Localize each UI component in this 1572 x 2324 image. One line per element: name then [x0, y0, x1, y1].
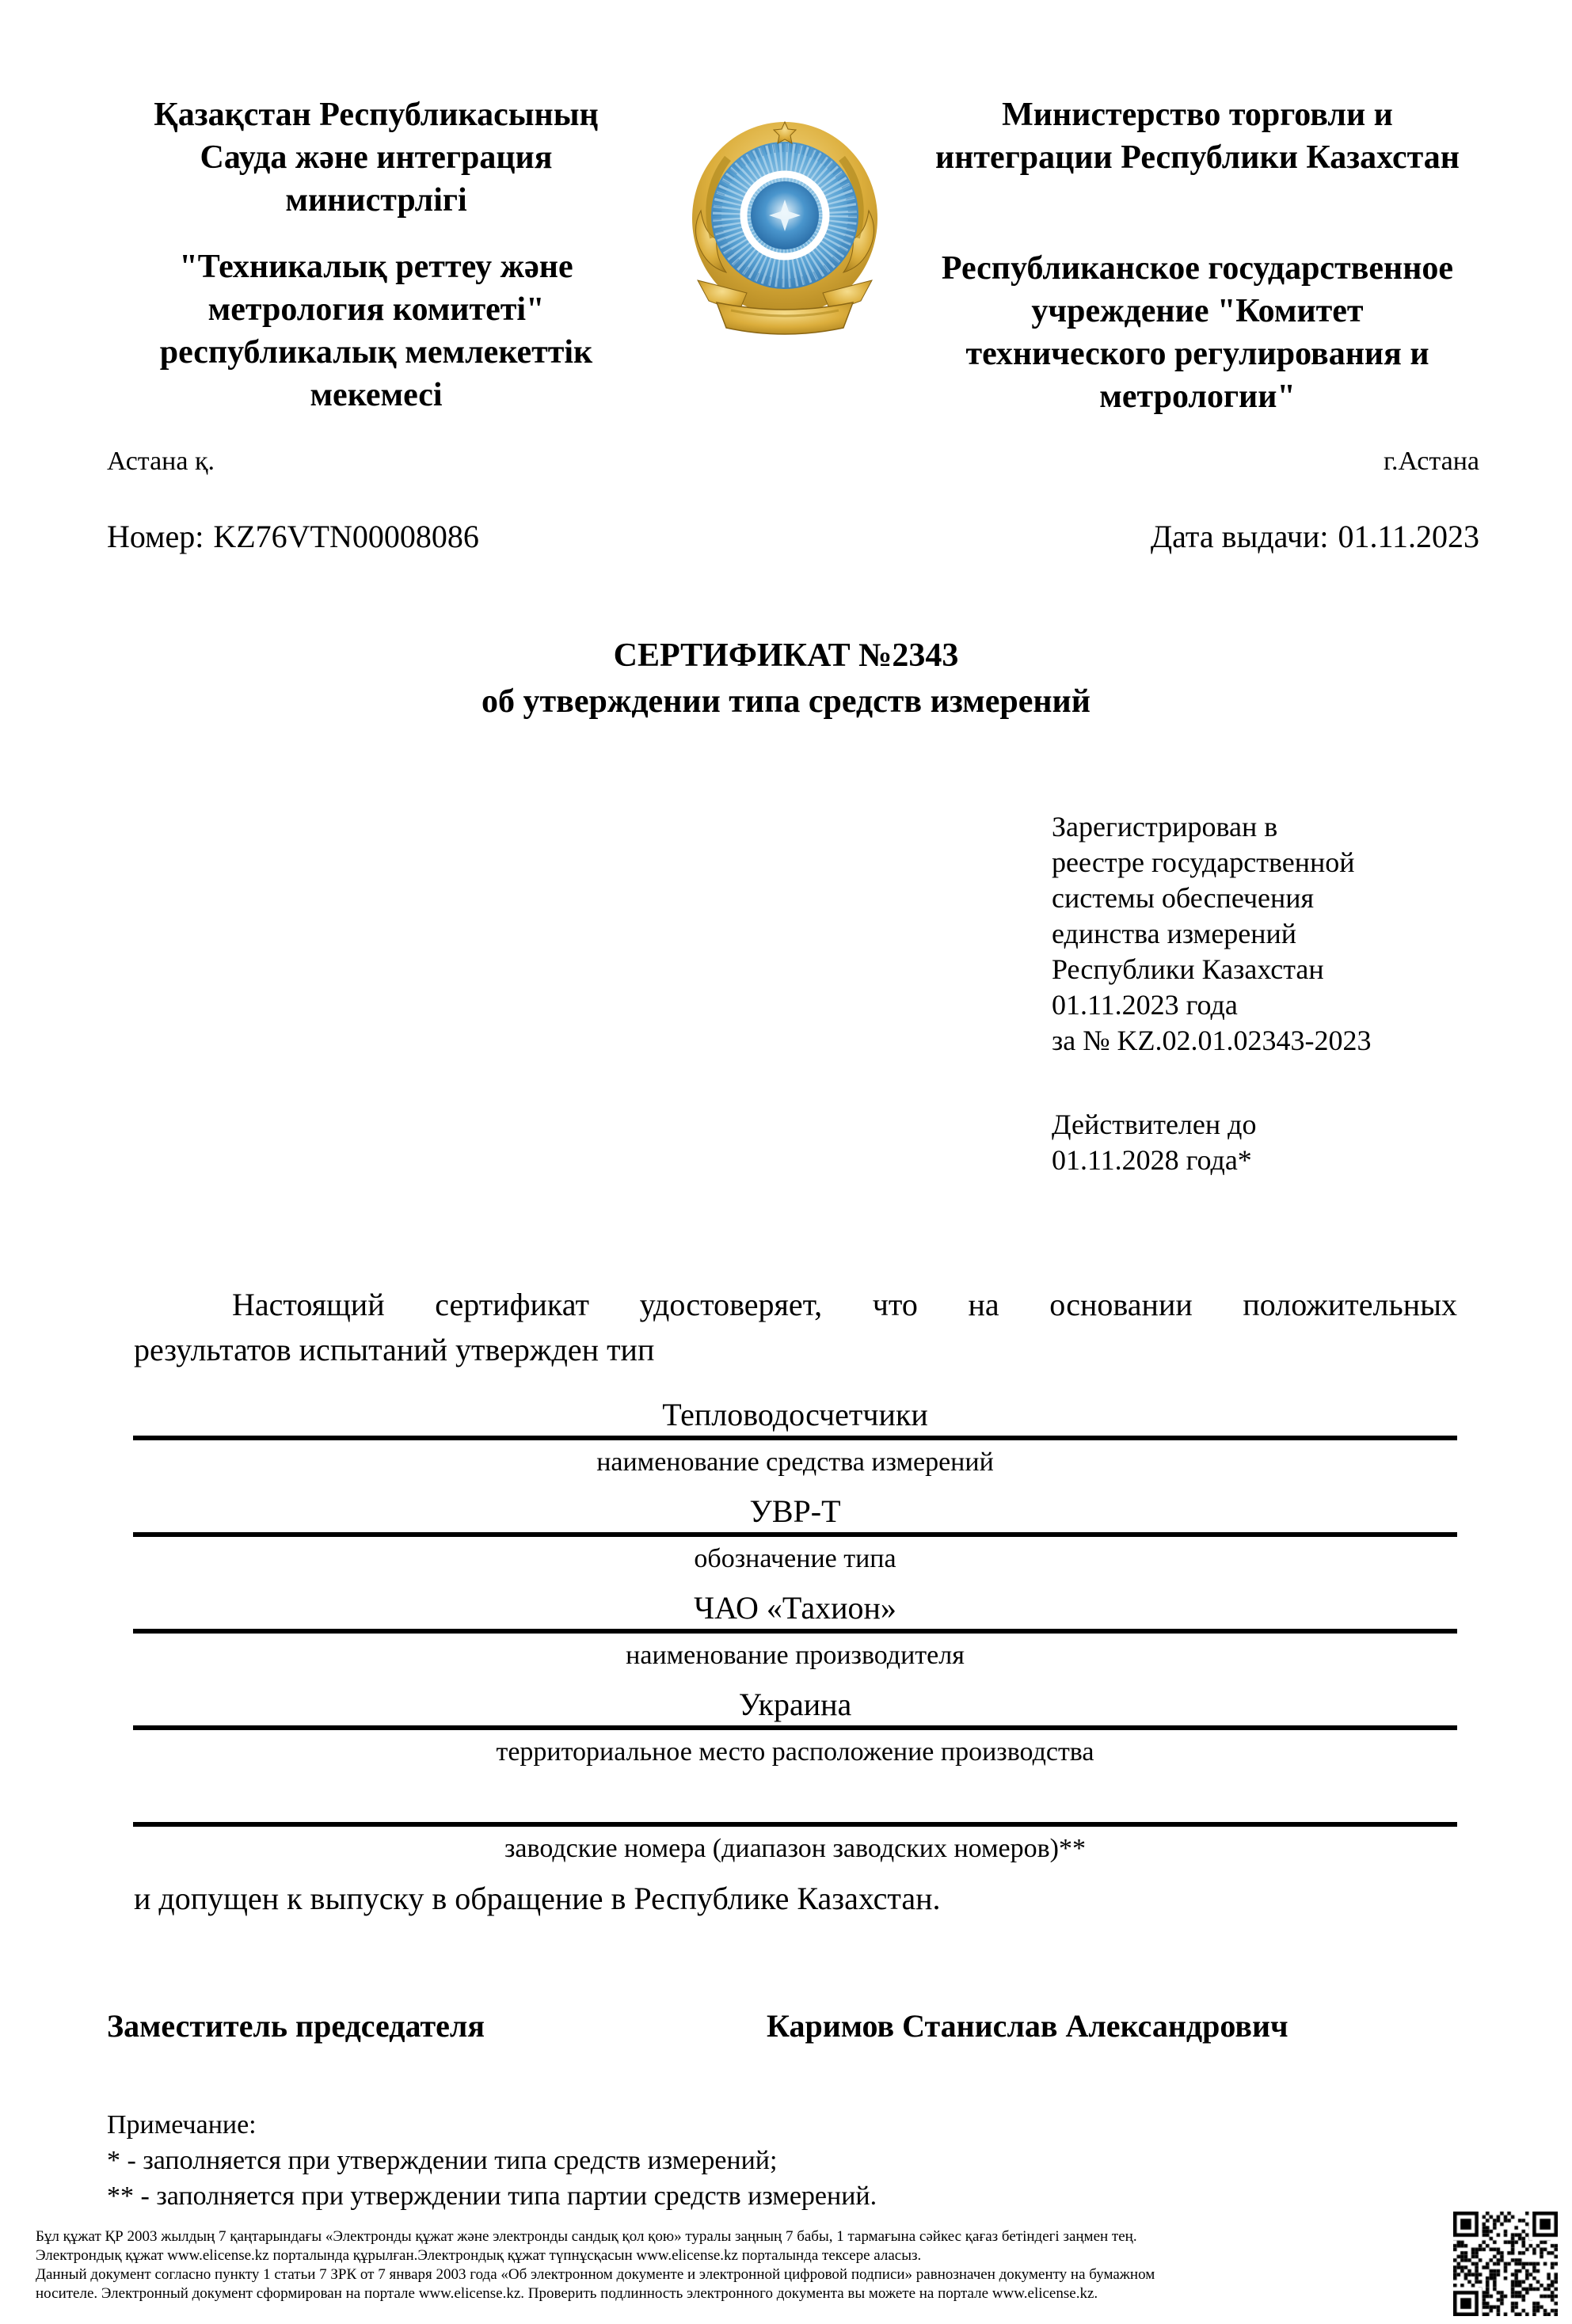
- field-instrument-name: Тепловодосчетчики наименование средства …: [133, 1396, 1457, 1478]
- field-value-instrument-name: Тепловодосчетчики: [133, 1396, 1457, 1434]
- place-row: Астана қ. г.Астана: [0, 447, 1572, 477]
- field-label-instrument-name: наименование средства измерений: [133, 1447, 1457, 1478]
- field-production-location: Украина территориальное место расположен…: [133, 1686, 1457, 1768]
- number-row: Номер:KZ76VTN00008086 Дата выдачи:01.11.…: [0, 518, 1572, 555]
- body-paragraph: Настоящий сертификат удостоверяет, что н…: [134, 1282, 1457, 1372]
- header-right-column: Министерство торговли и интеграции Респу…: [893, 93, 1502, 418]
- certificate-fields: Тепловодосчетчики наименование средства …: [133, 1396, 1457, 1865]
- conclusion-text: и допущен к выпуску в обращение в Респуб…: [134, 1879, 1572, 1919]
- signature-row: Заместитель председателя Каримов Станисл…: [107, 2007, 1572, 2045]
- number-label: Номер:: [107, 519, 204, 554]
- field-manufacturer: ЧАО «Тахион» наименование производителя: [133, 1589, 1457, 1672]
- field-rule: [133, 1725, 1457, 1730]
- certificate-title: СЕРТИФИКАТ №2343 об утверждении типа сре…: [0, 633, 1572, 725]
- field-label-production-location: территориальное место расположение произ…: [133, 1736, 1457, 1768]
- place-kk: Астана қ.: [107, 447, 215, 477]
- committee-name-kk: "Техникалық реттеу және метрология комит…: [76, 245, 676, 416]
- registration-block: Зарегистрирован в реестре государственно…: [1052, 774, 1424, 1214]
- field-label-manufacturer: наименование производителя: [133, 1640, 1457, 1672]
- header-emblem-column: [676, 93, 893, 342]
- field-value-manufacturer: ЧАО «Тахион»: [133, 1589, 1457, 1627]
- issue-date-label: Дата выдачи:: [1151, 519, 1329, 554]
- signer-position: Заместитель председателя: [107, 2007, 767, 2045]
- validity-text: Действителен до 01.11.2028 года*: [1052, 1107, 1424, 1178]
- field-rule: [133, 1436, 1457, 1440]
- field-label-type-designation: обозначение типа: [133, 1543, 1457, 1575]
- field-value-type-designation: УВР-Т: [133, 1493, 1457, 1531]
- certificate-page: Қазақстан Республикасының Сауда және инт…: [0, 0, 1572, 2324]
- body-text-line1: Настоящий сертификат удостоверяет, что н…: [134, 1282, 1457, 1327]
- issue-date: Дата выдачи:01.11.2023: [1151, 518, 1479, 555]
- notes-text: Примечание: * - заполняется при утвержде…: [107, 2107, 1572, 2214]
- ministry-name-ru: Министерство торговли и интеграции Респу…: [893, 93, 1502, 179]
- ministry-name-kk: Қазақстан Республикасының Сауда және инт…: [76, 93, 676, 222]
- signer-name: Каримов Станислав Александрович: [767, 2007, 1288, 2045]
- field-label-serial-numbers: заводские номера (диапазон заводских ном…: [133, 1833, 1457, 1865]
- field-value-serial-numbers: [133, 1782, 1457, 1820]
- qr-code: [1453, 2212, 1558, 2316]
- issue-date-value: 01.11.2023: [1338, 519, 1479, 554]
- field-type-designation: УВР-Т обозначение типа: [133, 1493, 1457, 1575]
- header-left-column: Қазақстан Республикасының Сауда және инт…: [76, 93, 676, 416]
- number-value: KZ76VTN00008086: [213, 519, 479, 554]
- field-rule: [133, 1532, 1457, 1537]
- document-number: Номер:KZ76VTN00008086: [107, 518, 479, 555]
- registration-text: Зарегистрирован в реестре государственно…: [1052, 809, 1424, 1059]
- kazakhstan-emblem-icon: [690, 117, 880, 342]
- header: Қазақстан Республикасының Сауда және инт…: [0, 0, 1572, 418]
- body-text-line2: результатов испытаний утвержден тип: [134, 1327, 1457, 1372]
- field-value-production-location: Украина: [133, 1686, 1457, 1724]
- footer-legal-text: Бұл құжат ҚР 2003 жылдың 7 қаңтарындағы …: [36, 2227, 1445, 2303]
- field-serial-numbers: заводские номера (диапазон заводских ном…: [133, 1782, 1457, 1865]
- place-ru: г.Астана: [1384, 447, 1479, 477]
- field-rule: [133, 1822, 1457, 1827]
- field-rule: [133, 1629, 1457, 1634]
- committee-name-ru: Республиканское государственное учрежден…: [893, 247, 1502, 418]
